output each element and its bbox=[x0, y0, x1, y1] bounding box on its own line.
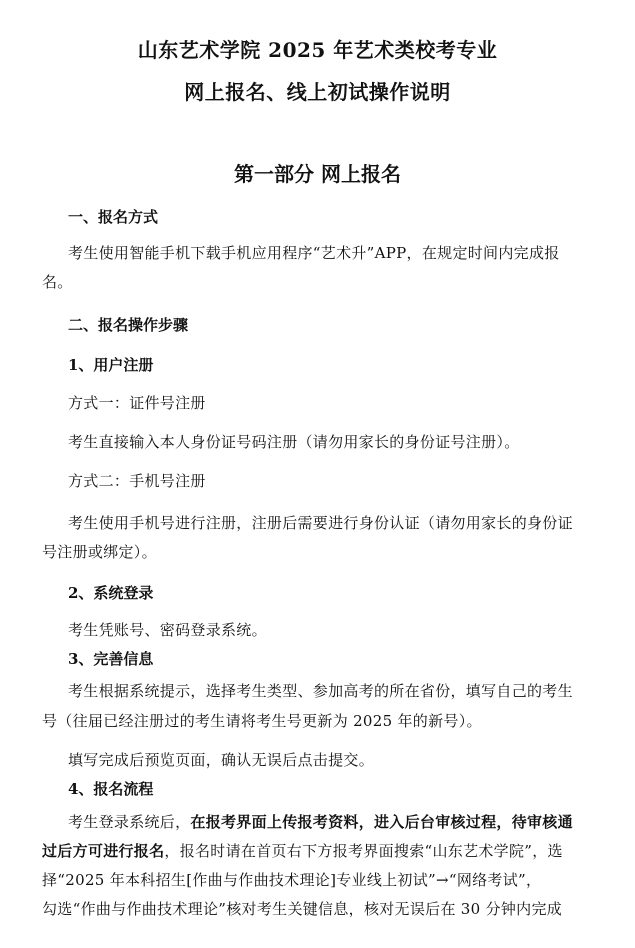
step3-line1: 考生根据系统提示，选择考生类型、参加高考的所在省份，填写自己的考生 bbox=[68, 682, 573, 700]
section1-line2: 名。 bbox=[42, 273, 73, 291]
step3-line3: 填写完成后预览页面，确认无误后点击提交。 bbox=[68, 751, 374, 769]
document-title-line2: 网上报名、线上初试操作说明 bbox=[0, 76, 635, 105]
method2-line2: 号注册或绑定）。 bbox=[42, 543, 157, 561]
step4-line2-bold: 过后方可进行报名 bbox=[42, 842, 164, 860]
step3-paragraph: 考生根据系统提示，选择考生类型、参加高考的所在省份，填写自己的考生 号（往届已经… bbox=[42, 677, 594, 736]
part-title: 第一部分 网上报名 bbox=[0, 158, 635, 187]
step3-line2: 号（往届已经注册过的考生请将考生号更新为 2025 年的新号）。 bbox=[42, 712, 482, 730]
step4-paragraph: 考生登录系统后，在报考界面上传报考资料，进入后台审核过程，待审核通 过后方可进行… bbox=[42, 808, 594, 924]
step3-heading: 3、完善信息 bbox=[68, 648, 153, 669]
step4-line1-normal: 考生登录系统后， bbox=[68, 813, 190, 831]
step4-line4: 勾选“作曲与作曲技术理论”核对考生关键信息，核对无误后在 30 分钟内完成 bbox=[42, 900, 562, 918]
method1-text-content: 考生直接输入本人身份证号码注册（请勿用家长的身份证号注册）。 bbox=[68, 433, 520, 451]
step3-confirm: 填写完成后预览页面，确认无误后点击提交。 bbox=[42, 746, 594, 775]
step4-line3: 择“2025 年本科招生[作曲与作曲技术理论]专业线上初试”→“网络考试”， bbox=[42, 871, 541, 889]
method2-label: 方式二：手机号注册 bbox=[42, 467, 594, 496]
step4-line1-bold: 在报考界面上传报考资料，进入后台审核过程，待审核通 bbox=[190, 813, 573, 831]
section2-heading: 二、报名操作步骤 bbox=[68, 314, 188, 335]
document-title-line1: 山东艺术学院 2025 年艺术类校考专业 bbox=[0, 34, 635, 63]
step1-heading: 1、用户注册 bbox=[68, 354, 153, 375]
step2-text-content: 考生凭账号、密码登录系统。 bbox=[68, 621, 267, 639]
method2-line1: 考生使用手机号进行注册，注册后需要进行身份认证（请勿用家长的身份证 bbox=[68, 514, 573, 532]
step2-heading: 2、系统登录 bbox=[68, 582, 153, 603]
method1-text: 考生直接输入本人身份证号码注册（请勿用家长的身份证号注册）。 bbox=[42, 428, 594, 457]
method1-label-text: 方式一：证件号注册 bbox=[68, 394, 206, 412]
method2-paragraph: 考生使用手机号进行注册，注册后需要进行身份认证（请勿用家长的身份证 号注册或绑定… bbox=[42, 509, 594, 567]
section1-line1: 考生使用智能手机下载手机应用程序“艺术升”APP，在规定时间内完成报 bbox=[68, 244, 560, 262]
step4-heading: 4、报名流程 bbox=[68, 778, 153, 799]
step2-text: 考生凭账号、密码登录系统。 bbox=[42, 616, 594, 645]
method1-label: 方式一：证件号注册 bbox=[42, 389, 594, 418]
method2-label-text: 方式二：手机号注册 bbox=[68, 472, 206, 490]
section1-heading: 一、报名方式 bbox=[68, 206, 158, 227]
step4-line2-normal: ，报名时请在首页右下方报考界面搜索“山东艺术学院”，选 bbox=[164, 842, 562, 860]
section1-paragraph: 考生使用智能手机下载手机应用程序“艺术升”APP，在规定时间内完成报 名。 bbox=[42, 239, 594, 297]
document-page: 山东艺术学院 2025 年艺术类校考专业 网上报名、线上初试操作说明 第一部分 … bbox=[0, 0, 635, 948]
